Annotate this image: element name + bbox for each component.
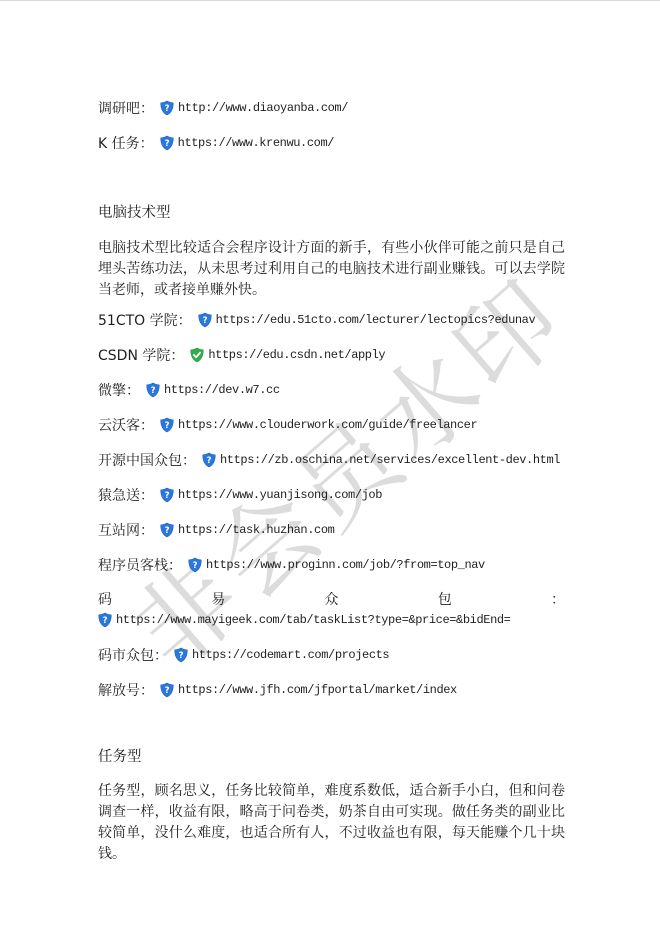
svg-text:?: ? (151, 385, 156, 395)
link-label-char: 包 (438, 589, 452, 609)
link-url[interactable]: https://www.clouderwork.com/guide/freela… (178, 418, 477, 432)
svg-text:?: ? (193, 560, 198, 570)
svg-text:?: ? (207, 455, 212, 465)
link-row: 码易众包： ? https://www.mayigeek.com/tab/tas… (98, 589, 565, 631)
section-paragraph-computer-skill: 电脑技术型比较适合会程序设计方面的新手，有些小伙伴可能之前只是自己埋头苦练功法，… (98, 238, 565, 301)
question-shield-icon: ? (160, 135, 174, 151)
link-row: 开源中国众包： ? https://zb.oschina.net/service… (98, 449, 565, 471)
link-label-char: 众 (325, 589, 339, 609)
link-url[interactable]: https://www.proginn.com/job/?from=top_na… (206, 558, 485, 572)
link-url[interactable]: https://zb.oschina.net/services/excellen… (220, 453, 560, 467)
link-label: 猿急送： (98, 485, 154, 505)
link-label: 51CTO 学院： (98, 310, 192, 330)
question-shield-icon: ? (146, 382, 160, 398)
link-label: 云沃客： (98, 415, 154, 435)
link-url[interactable]: https://dev.w7.cc (164, 383, 280, 397)
svg-text:?: ? (165, 103, 170, 113)
svg-text:?: ? (103, 615, 108, 625)
question-shield-icon: ? (174, 647, 188, 663)
link-url[interactable]: https://www.jfh.com/jfportal/market/inde… (178, 683, 457, 697)
link-row: CSDN 学院： ? https://edu.csdn.net/apply (98, 344, 565, 366)
links-list-computer-skill: 51CTO 学院： ? https://edu.51cto.com/lectur… (98, 309, 565, 701)
question-shield-icon: ? (160, 522, 174, 538)
link-row: 51CTO 学院： ? https://edu.51cto.com/lectur… (98, 309, 565, 331)
svg-text:?: ? (165, 490, 170, 500)
question-shield-icon: ? (160, 417, 174, 433)
link-row: 解放号： ? https://www.jfh.com/jfportal/mark… (98, 679, 565, 701)
link-label: 程序员客栈： (98, 555, 182, 575)
link-url[interactable]: https://www.mayigeek.com/tab/taskList?ty… (116, 613, 510, 627)
link-url[interactable]: https://edu.51cto.com/lecturer/lectopics… (216, 313, 536, 327)
svg-text:?: ? (165, 525, 170, 535)
link-label: 码易众包： (98, 589, 565, 609)
svg-text:?: ? (164, 138, 169, 148)
svg-text:?: ? (179, 650, 184, 660)
section-heading-computer-skill: 电脑技术型 (98, 202, 565, 224)
question-shield-icon: ? (202, 452, 216, 468)
link-row: K 任务： ? https://www.krenwu.com/ (98, 132, 565, 154)
document-content: 调研吧： ? http://www.diaoyanba.com/ K 任务： ? (98, 1, 565, 865)
svg-text:?: ? (165, 685, 170, 695)
link-row: 云沃客： ? https://www.clouderwork.com/guide… (98, 414, 565, 436)
link-row: 程序员客栈： ? https://www.proginn.com/job/?fr… (98, 554, 565, 576)
question-shield-icon: ? (160, 682, 174, 698)
link-label: 调研吧： (98, 98, 154, 118)
svg-text:?: ? (202, 315, 207, 325)
link-label: 码市众包： (98, 645, 168, 665)
check-shield-icon (190, 347, 204, 363)
question-shield-icon: ? (98, 612, 112, 628)
link-row: 猿急送： ? https://www.yuanjisong.com/job (98, 484, 565, 506)
question-shield-icon: ? (188, 557, 202, 573)
link-row: 码市众包： ? https://codemart.com/projects (98, 644, 565, 666)
link-label-char: 码 (98, 589, 112, 609)
link-url[interactable]: https://codemart.com/projects (192, 648, 389, 662)
link-url[interactable]: https://task.huzhan.com (178, 523, 334, 537)
section-paragraph-task: 任务型，顾名思义，任务比较简单，难度系数低，适合新手小白，但和问卷调查一样，收益… (98, 781, 565, 865)
question-shield-icon: ? (198, 312, 212, 328)
link-label: 开源中国众包： (98, 450, 196, 470)
link-label-char: ： (551, 589, 565, 609)
link-row: 微擎： ? https://dev.w7.cc (98, 379, 565, 401)
svg-text:?: ? (165, 420, 170, 430)
link-url-line: ? https://www.mayigeek.com/tab/taskList?… (98, 609, 565, 631)
document-page: 非会员水印 调研吧： ? http://www.diaoyanba.com/ K… (0, 0, 660, 935)
link-label: CSDN 学院： (98, 345, 184, 365)
link-label-char: 易 (211, 589, 225, 609)
link-url[interactable]: https://edu.csdn.net/apply (208, 348, 385, 362)
section-heading-task: 任务型 (98, 746, 565, 768)
link-label: 互站网： (98, 520, 154, 540)
link-url[interactable]: http://www.diaoyanba.com/ (178, 101, 348, 115)
link-row: 互站网： ? https://task.huzhan.com (98, 519, 565, 541)
link-url[interactable]: https://www.yuanjisong.com/job (178, 488, 382, 502)
link-label: K 任务： (98, 133, 154, 153)
links-list-survey: 调研吧： ? http://www.diaoyanba.com/ K 任务： ? (98, 97, 565, 154)
link-url[interactable]: https://www.krenwu.com/ (178, 136, 334, 150)
link-label: 微擎： (98, 380, 140, 400)
question-shield-icon: ? (160, 100, 174, 116)
link-label: 解放号： (98, 680, 154, 700)
question-shield-icon: ? (160, 487, 174, 503)
link-row: 调研吧： ? http://www.diaoyanba.com/ (98, 97, 565, 119)
